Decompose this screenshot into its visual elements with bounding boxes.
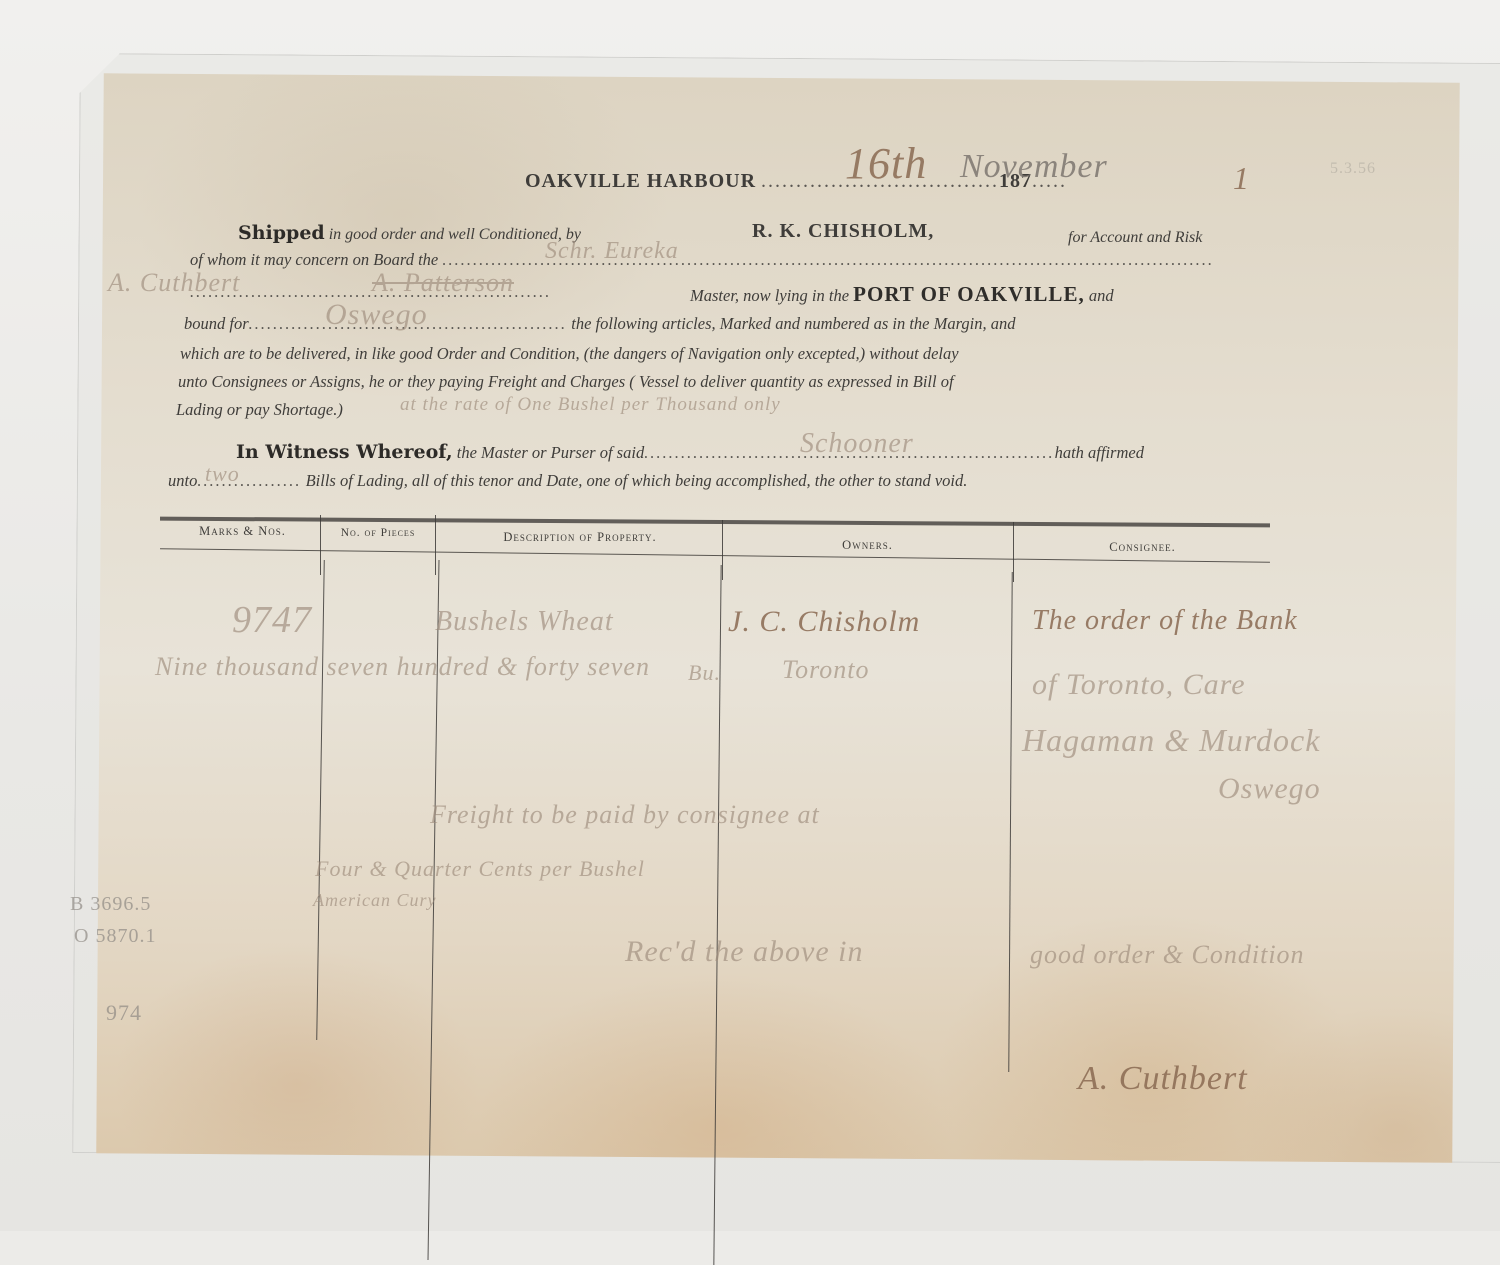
- column-header-consignee: Consignee.: [1015, 540, 1270, 555]
- pencil-corner-note: 5.3.56: [1330, 160, 1376, 178]
- witness-lead-words: In Witness Whereof,: [236, 441, 453, 463]
- date-month: November: [960, 148, 1108, 186]
- column-header-owners: Owners.: [725, 538, 1010, 553]
- master-name: A. Cuthbert: [108, 268, 240, 298]
- shipped-clause-line-2: of whom it may concern on Board the ....…: [190, 250, 1214, 270]
- unit-suffix: Bu.: [688, 660, 721, 686]
- place-title: OAKVILLE HARBOUR: [525, 170, 756, 192]
- freight-terms-line-1: Freight to be paid by consignee at: [430, 800, 820, 830]
- witness-vessel: Schooner: [800, 428, 914, 460]
- quantity-words: Nine thousand seven hundred & forty seve…: [155, 652, 650, 682]
- column-header-pieces: No. of Pieces: [322, 527, 434, 539]
- property-description: Bushels Wheat: [435, 606, 614, 638]
- column-divider: [320, 515, 321, 575]
- master-signature: A. Cuthbert: [1078, 1060, 1248, 1098]
- freight-terms-line-3: American Cury: [313, 890, 436, 911]
- shipper-name: R. K. CHISHOLM,: [752, 220, 934, 243]
- bills-count: two: [205, 461, 240, 487]
- received-line-1: Rec'd the above in: [625, 935, 864, 969]
- column-divider: [1008, 572, 1012, 1072]
- column-divider: [1013, 522, 1014, 582]
- bill-of-lading: OAKVILLE HARBOUR .......................…: [0, 0, 1500, 1231]
- column-header-description: Description of Property.: [440, 530, 720, 545]
- column-divider: [722, 520, 723, 580]
- shipped-clause-line-6: unto Consignees or Assigns, he or they p…: [178, 372, 954, 392]
- consignee-line-1: The order of the Bank: [1032, 605, 1298, 637]
- date-year-digit: 1: [1233, 160, 1250, 197]
- pencil-note-3: 974: [106, 1000, 142, 1026]
- port-name: PORT OF OAKVILLE,: [853, 282, 1085, 306]
- shortage-rate-note: at the rate of One Bushel per Thousand o…: [400, 394, 781, 416]
- shipped-clause-line-1: Shipped in good order and well Condition…: [238, 222, 581, 244]
- received-line-2: good order & Condition: [1030, 940, 1305, 970]
- consignee-line-2: of Toronto, Care: [1032, 668, 1246, 702]
- column-divider: [316, 560, 325, 1040]
- owner-name: J. C. Chisholm: [728, 605, 920, 639]
- consignee-line-4: Oswego: [1218, 772, 1321, 806]
- date-day: 16th: [845, 138, 927, 189]
- shipped-lead-word: Shipped: [238, 222, 325, 244]
- witness-clause-line-1: In Witness Whereof, the Master or Purser…: [236, 441, 1144, 463]
- witness-clause-line-2: unto................. Bills of Lading, a…: [168, 471, 967, 491]
- column-header-marks: Marks & Nos.: [170, 524, 315, 539]
- master-name-struck: A. Patterson: [372, 268, 514, 298]
- column-divider: [435, 515, 436, 575]
- owner-city: Toronto: [782, 655, 869, 685]
- pencil-note-2: O 5870.1: [74, 925, 156, 948]
- destination-port: Oswego: [325, 298, 428, 332]
- shipped-clause-line-7: Lading or pay Shortage.): [176, 400, 343, 420]
- shipped-clause-line-5: which are to be delivered, in like good …: [180, 344, 959, 364]
- vessel-name: Schr. Eureka: [545, 238, 679, 265]
- pencil-note-1: B 3696.5: [70, 893, 151, 916]
- table-top-rule: [160, 517, 1270, 528]
- consignee-line-3: Hagaman & Murdock: [1022, 722, 1320, 759]
- quantity-figure: 9747: [232, 598, 312, 642]
- freight-terms-line-2: Four & Quarter Cents per Bushel: [315, 856, 645, 882]
- shipped-clause-line-4: bound for...............................…: [184, 314, 1016, 334]
